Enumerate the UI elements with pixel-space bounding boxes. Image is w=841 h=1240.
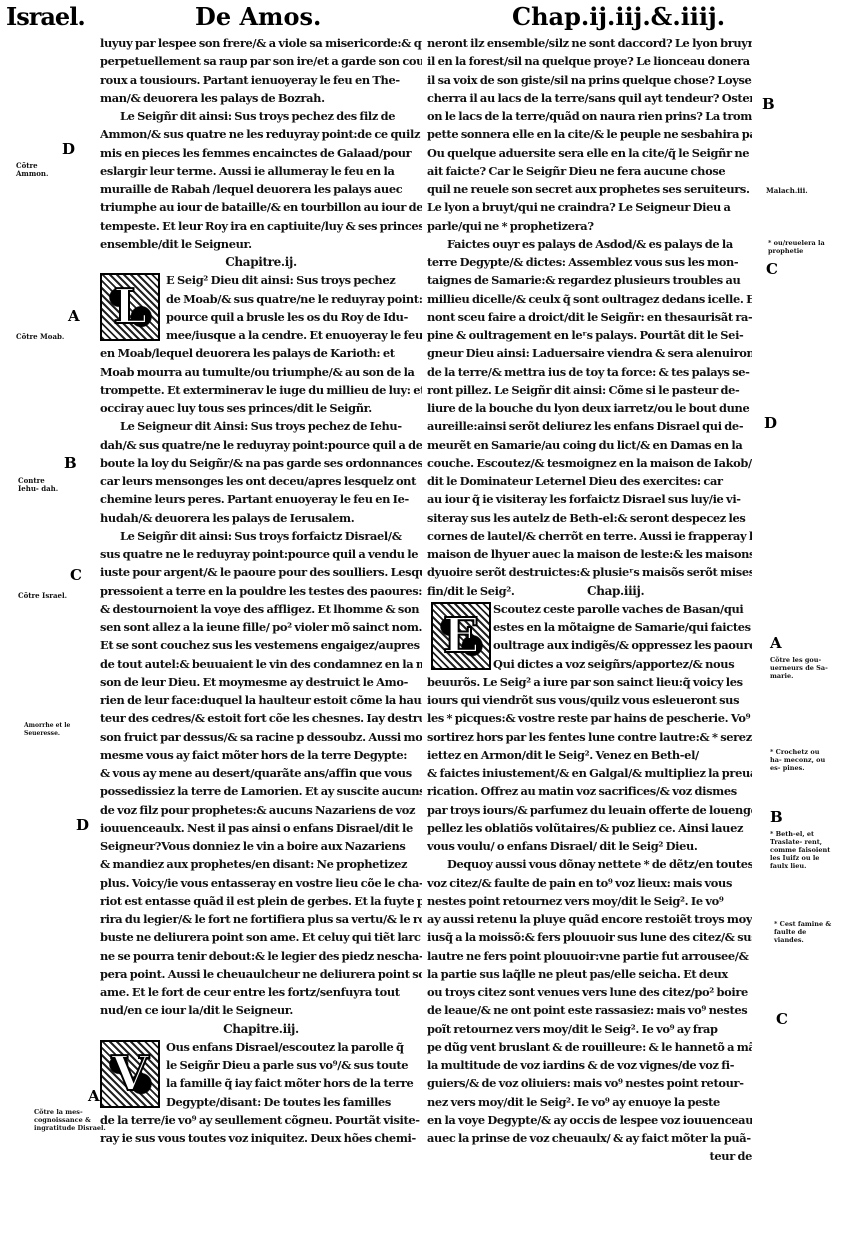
text-line: maison de lhyuer auec la maison de leste… [427, 545, 752, 563]
text-line: Moab mourra au tumulte/ou triumphe/& au … [100, 363, 422, 381]
text-line: teur des cedres/& estoit fort cõe les c… [100, 709, 422, 727]
text-line: pressoient a terre en la pouldre les tes… [100, 582, 422, 600]
text-line: poĩt retournez vers moy/dit le Seig². I… [427, 1020, 752, 1038]
text-line: iouuenceaulx. Nest il pas ainsi o enfans… [100, 819, 422, 837]
text-line: son fruict par dessus/& sa racine p dess… [100, 728, 422, 746]
text-line: dyuoire serõt destruictes:& plusieʳs ma… [427, 563, 752, 581]
right-column: neront ilz ensemble/silz ne sont daccord… [427, 34, 752, 1166]
text-line: & destournoient la voye des affligez. Et… [100, 600, 422, 618]
running-head-left: Israel. [6, 2, 85, 31]
text-line: voz citez/& faulte de pain en to⁹ voz li… [427, 874, 752, 892]
text-line: gneur Dieu ainsi: Laduersaire viendra & … [427, 344, 752, 362]
margin-letter-D: D [62, 140, 75, 158]
text-line: ensemble/dit le Seigneur. [100, 235, 422, 253]
text-line: sus quatre ne le reduyray point:pource q… [100, 545, 422, 563]
dropcap-paragraph-iij: V Ous enfans Disrael/escoutez la parolle… [100, 1038, 422, 1111]
text-line: nestes point retournez vers moy/dit le S… [427, 892, 752, 910]
text-line: iettez en Armon/dit le Seig². Venez en B… [427, 746, 752, 764]
margin-letter-B: B [64, 454, 77, 472]
chapter-heading-iiij: Chap.iiij. [587, 582, 644, 600]
margin-letter-A: A [770, 634, 782, 652]
text-line: mis en pieces les femmes encainctes de G… [100, 144, 422, 162]
text-line: cherra il au lacs de la terre/sans quil … [427, 89, 752, 107]
text-line: auec la prinse de voz cheuaulx/ & ay fai… [427, 1129, 752, 1147]
text-line: iuste pour argent/& le paoure pour des s… [100, 563, 422, 581]
text-line: rication. Offrez au matin voz sacrifices… [427, 782, 752, 800]
text-line: vous voulu/ o enfans Disrael/ dit le Sei… [427, 837, 752, 855]
text-line: mesme vous ay faict mõter hors de la te… [100, 746, 422, 764]
text-line: perpetuellement sa raup par son ire/et a… [100, 52, 422, 70]
text-line: iusq̃ a la moissõ:& fers plouuoir sus l… [427, 928, 752, 946]
running-head-right: Chap.ij.iij.&.iiij. [512, 2, 725, 31]
text-line: roux a tousiours. Partant ienuoyeray le … [100, 71, 422, 89]
text-line: Seigneur?Vous donniez le vin a boire aux… [100, 837, 422, 855]
text-line: Le Seigñr dit ainsi: Sus troys forfaict… [100, 527, 422, 545]
text-line: son de leur Dieu. Et moymesme ay destrui… [100, 673, 422, 691]
running-head-center: De Amos. [195, 2, 321, 31]
text-line: nud/en ce iour la/dit le Seigneur. [100, 1001, 422, 1019]
text-line: de tout autel:& beuuaient le vin des con… [100, 655, 422, 673]
text-line: au iour q̃ ie visiteray les forfaictz Di… [427, 490, 752, 508]
margin-letter-D: D [764, 414, 777, 432]
text-line: hudah/& deuorera les palays de Ierusalem… [100, 509, 422, 527]
decorated-initial-L: L [100, 273, 160, 341]
text-line: taignes de Samarie:& regardez plusieurs … [427, 271, 752, 289]
text-line: la partie sus laq̃lle ne pleut pas/elle … [427, 965, 752, 983]
text-line: eslargir leur terme. Aussi ie allumeray … [100, 162, 422, 180]
text-line: tempeste. Et leur Roy ira en captiuite/l… [100, 217, 422, 235]
text-line: ray ie sus vous toutes voz iniquitez. De… [100, 1129, 422, 1147]
decorated-initial-V: V [100, 1040, 160, 1108]
text-line: la multitude de voz iardins & de voz vig… [427, 1056, 752, 1074]
text-line: riot est entasse quãd il est plein de g… [100, 892, 422, 910]
text-line: possedissiez la terre de Lamorien. Et ay… [100, 782, 422, 800]
text-line: pine & oultragement en leʳs palays. Pour… [427, 326, 752, 344]
text-line: millieu dicelle/& ceulx q̃ sont oultrage… [427, 290, 752, 308]
text-line: on le lacs de la terre/quãd on naura ri… [427, 107, 752, 125]
text-line: ou troys citez sont venues vers lune des… [427, 983, 752, 1001]
margin-note-israel: Cõtre Israel. [18, 592, 78, 600]
text-line: ront pillez. Le Seigñr dit ainsi: Cõme… [427, 381, 752, 399]
text-line: lautre ne fers point plouuoir:vne partie… [427, 947, 752, 965]
text-line: boute la loy du Seigñr/& na pas garde s… [100, 454, 422, 472]
margin-note-crochetz: * Crochetz ou ha- meconz, ou es- pines. [770, 748, 832, 772]
margin-letter-B: B [770, 808, 783, 826]
text-line: il sa voix de son giste/sil na prins que… [427, 71, 752, 89]
margin-note-mescognoissance: Cõtre la mes- cognoissance & ingratitud… [34, 1108, 106, 1132]
text-line: Et se sont couchez sus les vestemens eng… [100, 636, 422, 654]
text-line: de leaue/& ne ont point este rassasiez: … [427, 1001, 752, 1019]
margin-letter-D: D [76, 816, 89, 834]
margin-note-ammon: Cõtre Ammon. [16, 162, 60, 178]
dropcap-paragraph-iiij: E Scoutez ceste parolle vaches de Basan/… [427, 600, 752, 673]
margin-note-amorrhe: Amorrhe et le Seueresse. [24, 722, 74, 738]
decorated-initial-E: E [431, 602, 491, 670]
margin-note-bethel: * Beth-el, et Traslate- rent, comme fais… [770, 830, 832, 870]
text-line: sen sont allez a la ieune fille/ po² vio… [100, 618, 422, 636]
text-line: couche. Escoutez/& tesmoignez en la mais… [427, 454, 752, 472]
text-line: siteray sus les autelz de Beth-el:& sero… [427, 509, 752, 527]
text-line: & mandiez aux prophetes/en disant: Ne pr… [100, 855, 422, 873]
text-line: buste ne deliurera point son ame. Et cel… [100, 928, 422, 946]
margin-note-reuelera: * ou/reuelera la prophetie [768, 239, 828, 255]
text-line: triumphe au iour de bataille/& en tourbi… [100, 198, 422, 216]
text-line: quil ne reuele son secret aux prophetes … [427, 180, 752, 198]
text-line: meurẽt en Samarie/au coing du lict/& en… [427, 436, 752, 454]
text-line: nont sceu faire a droict/dit le Seigñr:… [427, 308, 752, 326]
text-line: dah/& sus quatre/ne le reduyray point:po… [100, 436, 422, 454]
text-line: & vous ay mene au desert/quarãte ans/af… [100, 764, 422, 782]
margin-letter-C: C [70, 566, 82, 584]
text-line: man/& deuorera les palays de Bozrah. [100, 89, 422, 107]
text-line: liure de la bouche du lyon deux iarretz/… [427, 399, 752, 417]
text-line: pe dũg vent bruslant & de rouilleure: &… [427, 1038, 752, 1056]
text-line: car leurs mensonges les ont deceu/apres … [100, 472, 422, 490]
text-line: de voz filz pour prophetes:& aucuns Naza… [100, 801, 422, 819]
text-line: ne se pourra tenir debout:& le legier de… [100, 947, 422, 965]
margin-letter-C: C [776, 1010, 788, 1028]
text-line: muraille de Rabah /lequel deuorera les p… [100, 180, 422, 198]
text-line: Dequoy aussi vous dõnay nettete * de de… [427, 855, 752, 873]
text-line: ay aussi retenu la pluye quãd encore re… [427, 910, 752, 928]
text-line: Ammon/& sus quatre ne les reduyray point… [100, 125, 422, 143]
text-line: Ou quelque aduersite sera elle en la cit… [427, 144, 752, 162]
text-line: de la terre/& mettra ius de toy ta force… [427, 363, 752, 381]
left-column: luyuy par lespee son frere/& a viole sa … [100, 34, 422, 1147]
margin-note-malach: Malach.iii. [766, 187, 806, 195]
text-line: Le lyon a bruyt/qui ne craindra? Le Seig… [427, 198, 752, 216]
text-line: beuurõs. Le Seig² a iure par son sainct… [427, 673, 752, 691]
text-line: Faictes ouyr es palays de Asdod/& es pal… [427, 235, 752, 253]
text-line: il en la forest/sil na quelque proye? Le… [427, 52, 752, 70]
text-line: de la terre/ie vo⁹ ay seullement cõgneu… [100, 1111, 422, 1129]
text-line: par troys iours/& parfumez du leuain off… [427, 801, 752, 819]
margin-letter-A: A [88, 1087, 100, 1105]
text-line: rira du legier/& le fort ne fortifiera p… [100, 910, 422, 928]
text-line: ait faicte? Car le Seigñr Dieu ne fera … [427, 162, 752, 180]
margin-note-iehudah: Contre Iehu- dah. [18, 477, 60, 493]
text-line: luyuy par lespee son frere/& a viole sa … [100, 34, 422, 52]
text-line: plus. Voicy/ie vous entasseray en vostre… [100, 874, 422, 892]
text-line: iours qui viendrõt sus vous/quilz vous … [427, 691, 752, 709]
text-line: trompette. Et exterminerav le iuge du mi… [100, 381, 422, 399]
text-line: occiray auec luy tous ses princes/dit le… [100, 399, 422, 417]
margin-letter-B: B [762, 95, 775, 113]
text-line: en Moab/lequel deuorera les palays de Ka… [100, 344, 422, 362]
margin-note-gouverneurs: Cõtre les gou- uerneurs de Sa- marie. [770, 656, 830, 680]
text-line: parle/qui ne * prophetizera? [427, 217, 752, 235]
text-line: les * picques:& vostre reste par hains d… [427, 709, 752, 727]
text-line: dit le Dominateur Leternel Dieu des exer… [427, 472, 752, 490]
dropcap-paragraph-ij: L E Seig² Dieu dit ainsi: Sus troys pech… [100, 271, 422, 344]
margin-letter-A: A [68, 307, 80, 325]
text-line: pera point. Aussi le cheuaulcheur ne del… [100, 965, 422, 983]
book-page: Israel. De Amos. Chap.ij.iij.&.iiij. luy… [0, 0, 841, 1240]
text-line: aureille:ainsi serõt deliurez les enfan… [427, 417, 752, 435]
catchword: teur de [427, 1147, 752, 1165]
margin-note-famine: * Cest famine & faulte de viandes. [774, 920, 832, 944]
text-line: neront ilz ensemble/silz ne sont daccord… [427, 34, 752, 52]
text-line: ame. Et le fort de ceur entre les fortz/… [100, 983, 422, 1001]
chapter-heading-iij: Chapitre.iij. [100, 1020, 422, 1038]
text-line: pette sonnera elle en la cite/& le peupl… [427, 125, 752, 143]
margin-note-moab: Cõtre Moab. [16, 333, 66, 341]
chapter-heading-ij: Chapitre.ij. [100, 253, 422, 271]
text-line: chemine leurs peres. Partant enuoyeray l… [100, 490, 422, 508]
text-line: en la voye Degypte/& ay occis de lespee … [427, 1111, 752, 1129]
margin-letter-C: C [766, 260, 778, 278]
text-line: & faictes iniustement/& en Galgal/& mult… [427, 764, 752, 782]
text-line: Le Seigneur dit Ainsi: Sus troys pechez … [100, 417, 422, 435]
text-line: rien de leur face:duquel la haulteur est… [100, 691, 422, 709]
text-line: pellez les oblatiõs volũtaires/& publi… [427, 819, 752, 837]
text-line: sortirez hors par les fentes lune contre… [427, 728, 752, 746]
text-line: nez vers moy/dit le Seig². Ie vo⁹ ay enu… [427, 1093, 752, 1111]
text-line: terre Degypte/& dictes: Assemblez vous s… [427, 253, 752, 271]
text-line: guiers/& de voz oliuiers: mais vo⁹ neste… [427, 1074, 752, 1092]
text-line: Le Seigñr dit ainsi: Sus troys pechez d… [100, 107, 422, 125]
text-line: cornes de lautel/& cherrõt en terre. Au… [427, 527, 752, 545]
